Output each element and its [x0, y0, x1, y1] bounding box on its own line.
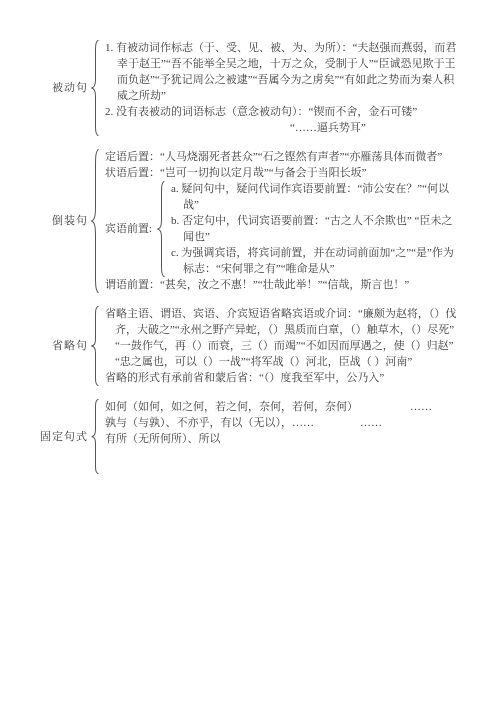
object-fronting-item-b: b. 否定句中，代词宾语要前置：“古之人不余欺也” “臣未之闻也” [171, 213, 455, 245]
fixed-pattern-line-2-ellipsis: …… [360, 417, 382, 429]
fixed-pattern-line-1-ellipsis: …… [410, 401, 432, 413]
fixed-pattern-line-1: 如何（如何，如之何，若之何，奈何，若何，奈何）…… [105, 399, 457, 415]
object-fronting-item-a: a. 疑问句中，疑问代词作宾语要前置：“沛公安在？”“何以战” [171, 181, 455, 213]
inversion-attributive-postposition: 定语后置：“人马烧溺死者甚众”“石之铿然有声者”“亦雁荡具体而微者” [105, 149, 457, 165]
grammar-outline: 被动句 1. 有被动词作标志（于、受、见、被、为、为所）：“夫赵强而燕弱，而君幸… [0, 40, 500, 487]
inversion-object-fronting-group: 宾语前置: a. 疑问句中，疑问代词作宾语要前置：“沛公安在？”“何以战” b.… [105, 181, 457, 277]
curly-brace-icon [91, 306, 100, 386]
ellipsis-paragraph-1: 省略主语、谓语、宾语、介宾短语省略宾语或介词：“廉颇为赵将，（）伐齐，大破之”“… [105, 306, 457, 370]
fixed-pattern-line-2-text: 孰与（与孰）、不亦乎，有以（无以），…… [105, 417, 314, 429]
section-fixed-patterns: 固定句式 如何（如何，如之何，若之何，奈何，若何，奈何）…… 孰与（与孰）、不亦… [0, 399, 500, 474]
fixed-pattern-line-2: 孰与（与孰）、不亦乎，有以（无以），………… [105, 415, 457, 431]
inversion-predicate-fronting: 谓语前置：“甚矣，汝之不惠！”“壮哉此举！”“信哉，斯言也！” [105, 277, 457, 293]
passive-item-2: 2. 没有表被动的词语标志（意念被动句）：“锲而不舍，金石可镂” [105, 104, 457, 120]
ellipsis-paragraph-2: 省略的形式有承前省和蒙后省：“（）度我至军中，公乃入” [105, 370, 457, 386]
curly-brace-icon [91, 40, 100, 136]
section-ellipsis-label: 省略句 [0, 306, 91, 386]
inversion-adverbial-postposition: 状语后置：“岂可一切拘以定月哉”“与备会于当阳长坂” [105, 165, 457, 181]
object-fronting-item-c: c. 为强调宾语，将宾词前置，并在动词前面加“之”“是”作为标志：“宋何罪之有”… [171, 245, 455, 277]
section-inversion: 倒装句 定语后置：“人马烧溺死者甚众”“石之铿然有声者”“亦雁荡具体而微者” 状… [0, 149, 500, 293]
section-passive-content: 1. 有被动词作标志（于、受、见、被、为、为所）：“夫赵强而燕弱，而君幸于赵王”… [100, 40, 457, 136]
fixed-pattern-line-3: 有所（无所何所）、所以 [105, 431, 457, 447]
object-fronting-label: 宾语前置: [105, 181, 157, 277]
section-fixed-patterns-content: 如何（如何，如之何，若之何，奈何，若何，奈何）…… 孰与（与孰）、不亦乎，有以（… [100, 399, 457, 474]
document-page: 被动句 1. 有被动词作标志（于、受、见、被、为、为所）：“夫赵强而燕弱，而君幸… [0, 0, 500, 706]
section-inversion-content: 定语后置：“人马烧溺死者甚众”“石之铿然有声者”“亦雁荡具体而微者” 状语后置：… [100, 149, 457, 293]
section-inversion-label: 倒装句 [0, 149, 91, 293]
section-ellipsis: 省略句 省略主语、谓语、宾语、介宾短语省略宾语或介词：“廉颇为赵将，（）伐齐，大… [0, 306, 500, 386]
curly-brace-icon [91, 149, 100, 293]
section-passive: 被动句 1. 有被动词作标志（于、受、见、被、为、为所）：“夫赵强而燕弱，而君幸… [0, 40, 500, 136]
section-ellipsis-content: 省略主语、谓语、宾语、介宾短语省略宾语或介词：“廉颇为赵将，（）伐齐，大破之”“… [100, 306, 457, 386]
passive-item-1: 1. 有被动词作标志（于、受、见、被、为、为所）：“夫赵强而燕弱，而君幸于赵王”… [105, 40, 457, 104]
curly-brace-icon [91, 399, 100, 474]
fixed-pattern-line-1-text: 如何（如何，如之何，若之何，奈何，若何，奈何） [105, 401, 358, 413]
curly-brace-icon [157, 181, 166, 277]
section-fixed-patterns-label: 固定句式 [0, 399, 91, 474]
object-fronting-items: a. 疑问句中，疑问代词作宾语要前置：“沛公安在？”“何以战” b. 否定句中，… [166, 181, 455, 277]
passive-item-2-continuation: “……逼兵势耳” [290, 120, 457, 136]
section-passive-label: 被动句 [0, 40, 91, 136]
